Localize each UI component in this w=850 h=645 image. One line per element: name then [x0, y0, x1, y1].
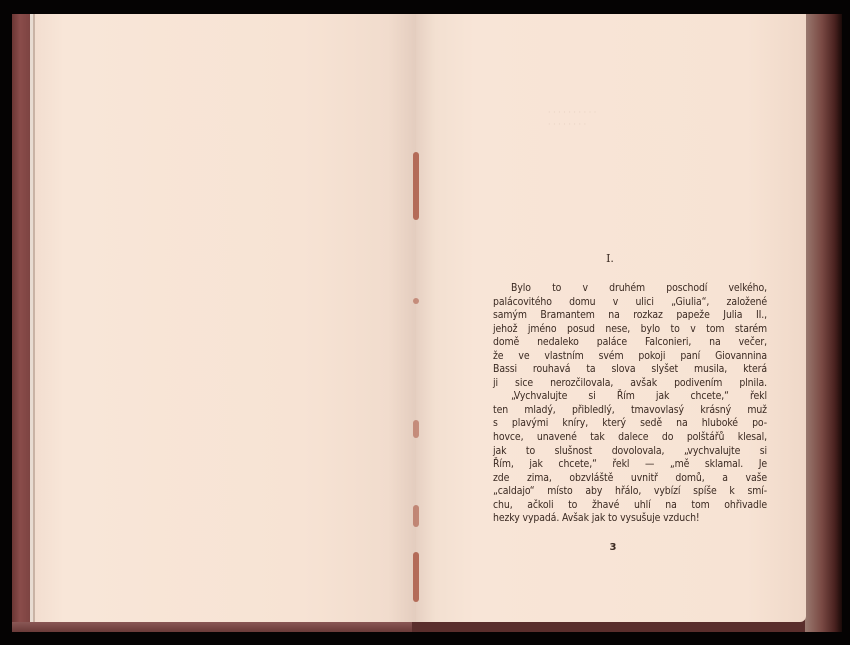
left-page-blank [30, 14, 419, 622]
gutter-stain [413, 552, 419, 602]
text-line: palácovitého domu v ulici „Giulia“, zalo… [493, 296, 767, 310]
bleed-line: · · · · · · · · · · [548, 107, 688, 119]
text-line: ji sice nerozčilovala, avšak podivením p… [493, 377, 767, 391]
chapter-heading: I. [600, 252, 620, 265]
bleed-through-text: · · · · · · · · · · · · · · · · · · [548, 107, 688, 135]
gutter-stain [413, 152, 419, 220]
gutter-stain [413, 420, 419, 438]
gutter-stain [413, 505, 419, 527]
text-line: chu, ačkoli to žhavé uhlí na tom ohřivad… [493, 499, 767, 513]
text-line: hovce, unavené tak dalece do polštářů kl… [493, 431, 767, 445]
text-line: zde zima, obzvláště uvnitř domů, a vaše [493, 472, 767, 486]
book-cover-right-edge [805, 14, 842, 632]
paragraph-2: „Vychvalujte si Řím jak chcete,“ řekl te… [493, 390, 767, 525]
text-line: s plavými kníry, který sedě na hluboké p… [493, 417, 767, 431]
book-cover-bottom-edge [12, 622, 412, 632]
text-line: Řím, jak chcete,“ řekl — „mě sklamal. Je [493, 458, 767, 472]
text-line: domě nedaleko paláce Falconieri, na veče… [493, 336, 767, 350]
text-line: jehož jméno posud nese, bylo to v tom st… [493, 323, 767, 337]
text-line: ten mladý, přibledlý, tmavovlasý krásný … [493, 404, 767, 418]
body-text: Bylo to v druhém poschodí velkého, palác… [493, 282, 767, 526]
text-line: jak to slušnost dovolovala, „vychvalujte… [493, 445, 767, 459]
text-line: „caldajo“ místo aby hřálo, vybízí spíše … [493, 485, 767, 499]
text-line: samým Bramantem na rozkaz papeže Julia I… [493, 309, 767, 323]
text-line: Bassi rouhavá ta slova slyšet musila, kt… [493, 363, 767, 377]
text-line: že ve vlastním svém pokoji paní Giovanni… [493, 350, 767, 364]
page-number: 3 [606, 542, 620, 553]
text-line: Bylo to v druhém poschodí velkého, [493, 282, 767, 296]
text-line: „Vychvalujte si Řím jak chcete,“ řekl [493, 390, 767, 404]
bleed-line: · · · · · · · · [548, 119, 688, 131]
text-line: hezky vypadá. Avšak jak to vysušuje vzdu… [493, 512, 767, 526]
gutter-stain [413, 298, 419, 304]
paragraph-1: Bylo to v druhém poschodí velkého, palác… [493, 282, 767, 390]
book-cover-left-edge [12, 14, 32, 632]
